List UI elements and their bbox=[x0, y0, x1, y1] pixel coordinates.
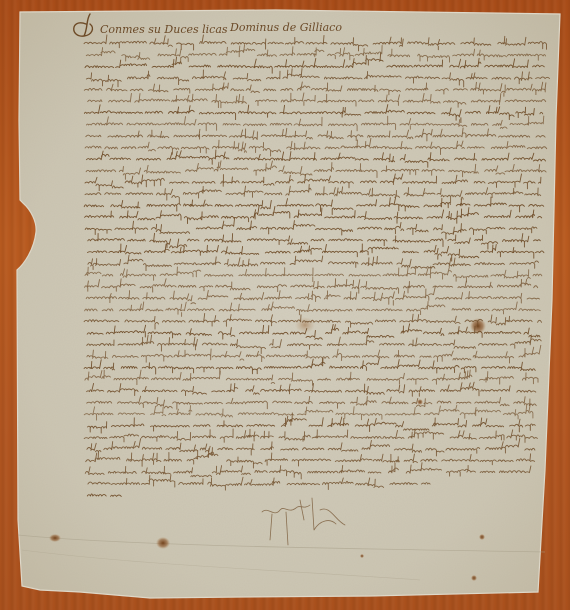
photo-stage: Conmes su Duces licas Dominus de Gilliac… bbox=[0, 0, 570, 610]
heading-fragment-duces: Conmes su Duces licas bbox=[100, 23, 228, 36]
parchment-document: Conmes su Duces licas Dominus de Gilliac… bbox=[0, 0, 570, 610]
heading-fragment-dominus: Dominus de Gilliaco bbox=[229, 21, 342, 34]
